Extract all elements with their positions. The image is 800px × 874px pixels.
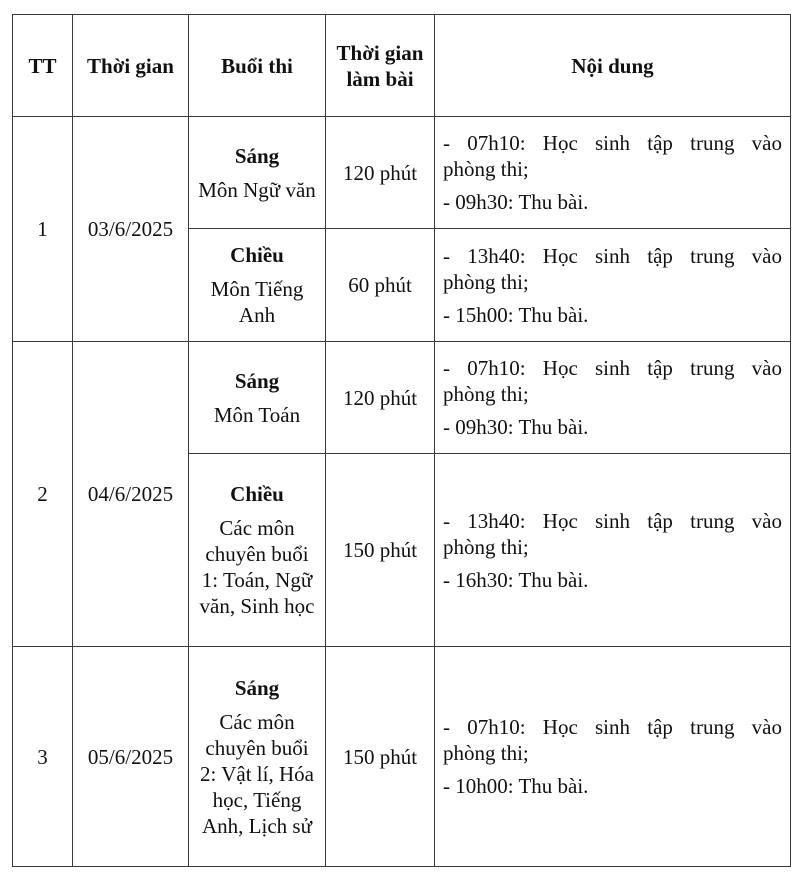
session-cell: Sáng Môn Ngữ văn (189, 117, 326, 229)
header-content: Nội dung (435, 15, 791, 117)
row-number: 3 (13, 647, 73, 867)
content-cell: - 07h10: Học sinh tập trung vào phòng th… (435, 117, 791, 229)
content-cell: - 07h10: Học sinh tập trung vào phòng th… (435, 647, 791, 867)
exam-date: 05/6/2025 (73, 647, 189, 867)
row-number: 1 (13, 117, 73, 342)
gather-time-cont: phòng thi; (443, 534, 782, 560)
header-duration: Thời gian làm bài (326, 15, 435, 117)
exam-date: 04/6/2025 (73, 342, 189, 647)
session-cell: Sáng Các môn chuyên buổi 2: Vật lí, Hóa … (189, 647, 326, 867)
table-row: 3 05/6/2025 Sáng Các môn chuyên buổi 2: … (13, 647, 791, 867)
gather-time-cont: phòng thi; (443, 156, 782, 182)
session-subject: Môn Ngữ văn (197, 177, 317, 203)
gather-time: - 07h10: Học sinh tập trung vào (443, 714, 782, 740)
row-number: 2 (13, 342, 73, 647)
header-session: Buổi thi (189, 15, 326, 117)
header-tt: TT (13, 15, 73, 117)
content-cell: - 07h10: Học sinh tập trung vào phòng th… (435, 342, 791, 454)
content-cell: - 13h40: Học sinh tập trung vào phòng th… (435, 454, 791, 647)
session-label: Chiều (197, 242, 317, 268)
content-cell: - 13h40: Học sinh tập trung vào phòng th… (435, 229, 791, 342)
session-subject: Môn Toán (197, 402, 317, 428)
exam-duration: 120 phút (326, 342, 435, 454)
exam-duration: 150 phút (326, 647, 435, 867)
collect-time: - 10h00: Thu bài. (443, 773, 782, 799)
session-subject: Các môn chuyên buổi 1: Toán, Ngữ văn, Si… (197, 515, 317, 619)
session-cell: Chiều Các môn chuyên buổi 1: Toán, Ngữ v… (189, 454, 326, 647)
session-label: Sáng (197, 675, 317, 701)
session-label: Sáng (197, 143, 317, 169)
gather-time: - 13h40: Học sinh tập trung vào (443, 243, 782, 269)
exam-schedule-table: TT Thời gian Buổi thi Thời gian làm bài … (12, 14, 791, 867)
session-subject: Môn Tiếng Anh (197, 276, 317, 328)
table-row: 1 03/6/2025 Sáng Môn Ngữ văn 120 phút - … (13, 117, 791, 229)
gather-time: - 13h40: Học sinh tập trung vào (443, 508, 782, 534)
header-date: Thời gian (73, 15, 189, 117)
collect-time: - 09h30: Thu bài. (443, 189, 782, 215)
collect-time: - 16h30: Thu bài. (443, 567, 782, 593)
session-label: Sáng (197, 368, 317, 394)
table-row: 2 04/6/2025 Sáng Môn Toán 120 phút - 07h… (13, 342, 791, 454)
exam-date: 03/6/2025 (73, 117, 189, 342)
gather-time-cont: phòng thi; (443, 740, 782, 766)
exam-duration: 60 phút (326, 229, 435, 342)
session-cell: Chiều Môn Tiếng Anh (189, 229, 326, 342)
exam-duration: 150 phút (326, 454, 435, 647)
collect-time: - 15h00: Thu bài. (443, 302, 782, 328)
session-subject: Các môn chuyên buổi 2: Vật lí, Hóa học, … (197, 709, 317, 839)
exam-duration: 120 phút (326, 117, 435, 229)
collect-time: - 09h30: Thu bài. (443, 414, 782, 440)
gather-time: - 07h10: Học sinh tập trung vào (443, 130, 782, 156)
table-header-row: TT Thời gian Buổi thi Thời gian làm bài … (13, 15, 791, 117)
session-cell: Sáng Môn Toán (189, 342, 326, 454)
session-label: Chiều (197, 481, 317, 507)
gather-time: - 07h10: Học sinh tập trung vào (443, 355, 782, 381)
gather-time-cont: phòng thi; (443, 269, 782, 295)
gather-time-cont: phòng thi; (443, 381, 782, 407)
